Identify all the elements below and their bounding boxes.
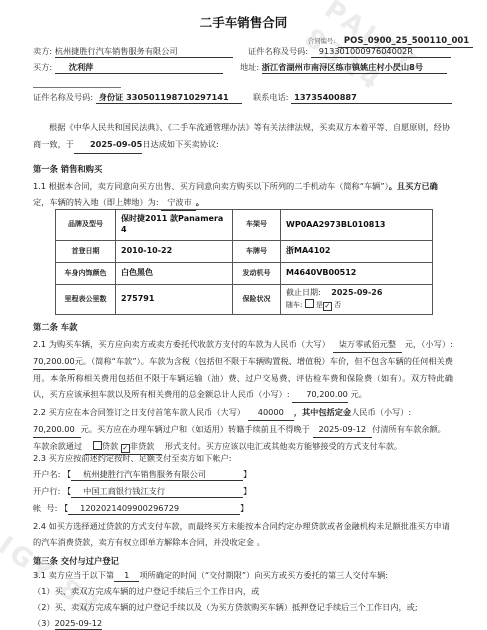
brand-model-label: 品牌及型号 [56, 210, 116, 241]
delivery-date: 2025-09-12 [55, 618, 103, 630]
engine-no-value: M4640VB00512 [281, 263, 433, 285]
first-registration-label: 首登日期 [56, 241, 116, 263]
bank-name: 中国工商银行钱江支行 [71, 486, 243, 498]
phone-label: 联系电话: [253, 92, 289, 102]
account-name: 杭州捷胜行汽车销售服务有限公司 [71, 469, 243, 481]
plate-value: 浙MA4102 [281, 241, 433, 263]
contract-number-label: 合同编号: [308, 38, 335, 45]
buyer-address-label: 地址: [240, 62, 259, 72]
insurance-deadline-label: 截止日期: [286, 288, 321, 297]
brand-model-value: 保时捷2011 款Panamera 4 [116, 210, 233, 241]
price-in-words: 柒万零贰佰元整 [333, 336, 402, 353]
article3-heading: 第三条 交付与过户登记 [33, 556, 453, 567]
delivery-option-2: （2）买、卖双方完成车辆的过户登记手续以及（为买方贷款购买车辆）抵押登记手续后三… [33, 602, 418, 613]
deposit-amount: 70,200.00 [33, 421, 81, 438]
clause-3-1: 3.1 卖方应当于以下第1项所确定的时间（“交付期限”）向买方或买方委托的第三人… [33, 570, 388, 582]
buyer-id-row: 证件名称及号码: 身份证 330501198710297141 [33, 92, 242, 104]
plate-label: 车牌号 [233, 241, 281, 263]
delivery-option-3: （3）2025-09-12 [33, 618, 102, 630]
article1-heading: 第一条 销售和购买 [33, 164, 453, 175]
bank-row: 开户行: 【中国工商银行钱江支行】 [33, 486, 251, 498]
buyer-id-label: 证件名称及号码: [33, 92, 93, 102]
non-loan-checkbox[interactable]: ✓ [121, 444, 130, 453]
vin-value: WP0AA2973BL010813 [281, 210, 433, 241]
seller-id: 91330100097604002R [311, 46, 451, 58]
seller-row: 卖方: 杭州捷胜行汽车销售服务有限公司 [33, 46, 233, 58]
clause-2-2: 2.2 买方应在本合同签订之日支付首笔车款人民币（大写） 40000，其中包括定… [33, 404, 453, 455]
table-row: 首登日期 2010-10-22 车牌号 浙MA4102 [56, 241, 433, 263]
account-no-row: 帐 号: 【1202021409900296729】 [33, 503, 248, 515]
price-in-figures: 70,200.00 [33, 353, 75, 370]
table-row: 车身内饰颜色 白色黑色 发动机号 M4640VB00512 [56, 263, 433, 285]
table-row: 里程表公里数 275791 保险状况 截止日期: 2025-09-26 随车: … [56, 285, 433, 315]
insurance-label: 保险状况 [233, 285, 281, 315]
insurance-value: 截止日期: 2025-09-26 随车: 是✓ 否 [281, 285, 433, 315]
delivery-option-1: （1）买、卖双方完成车辆的过户登记手续后三个工作日内，或 [33, 586, 259, 597]
mileage-value: 275791 [116, 285, 233, 315]
color-value: 白色黑色 [116, 263, 233, 285]
account-name-row: 开户名: 【杭州捷胜行汽车销售服务有限公司】 [33, 469, 251, 481]
buyer-address: 浙江省湖州市南浔区练市镇姚庄村小昃山8号 [262, 62, 447, 74]
buyer-id: 身份证 330501198710297141 [96, 92, 242, 104]
clause-2-3: 2.3 买方应按前述约定按时、足额支付至卖方如下帐户: [33, 453, 232, 464]
seller-name: 杭州捷胜行汽车销售服务有限公司 [55, 46, 233, 58]
vin-label: 车架号 [233, 210, 281, 241]
buyer-address-row: 地址: 浙江省湖州市南浔区练市镇姚庄村小昃山8号 [240, 62, 447, 74]
loan-checkbox[interactable] [93, 441, 102, 450]
first-registration-value: 2010-10-22 [116, 241, 233, 263]
color-label: 车身内饰颜色 [56, 263, 116, 285]
table-row: 品牌及型号 保时捷2011 款Panamera 4 车架号 WP0AA2973B… [56, 210, 433, 241]
insurance-deadline: 2025-09-26 [331, 288, 382, 297]
page-title: 二手车销售合同 [0, 15, 487, 32]
clause-2-1: 2.1 为购买车辆，买方应向卖方或卖方委托代收款方支付的车款为人民币（大写） 柒… [33, 336, 453, 403]
buyer-label: 买方: [33, 62, 52, 72]
buyer-name: 沈利萍 [55, 62, 223, 74]
seller-id-row: 证件名称及号码: 91330100097604002R [248, 46, 451, 58]
mileage-label: 里程表公里数 [56, 285, 116, 315]
balance-deadline: 2025-09-12 [313, 421, 373, 438]
insurance-no-checkbox[interactable]: ✓ [323, 302, 332, 311]
article2-heading: 第二条 车款 [33, 322, 453, 333]
clause-2-4: 2.4 如买方选择通过贷款的方式支付车款，而最终买方未能按本合同约定办理贷款或者… [33, 518, 453, 550]
engine-no-label: 发动机号 [233, 263, 281, 285]
buyer-row: 买方: 沈利萍 [33, 62, 223, 74]
account-number: 1202021409900296729 [68, 503, 240, 515]
seller-id-label: 证件名称及号码: [248, 46, 308, 56]
preamble: 根据《中华人民共和国民法典》、《二手车流通管理办法》等有关法律法规，买卖双方本着… [33, 119, 453, 154]
divider [33, 87, 121, 88]
phone-row: 联系电话: 13735400887 [253, 92, 452, 104]
first-payment: 40000 [248, 404, 294, 421]
vehicle-info-table: 品牌及型号 保时捷2011 款Panamera 4 车架号 WP0AA2973B… [55, 209, 433, 315]
contract-page: PAIGY 8314 IGY 83 二手车销售合同 合同编号: POS_0900… [0, 0, 487, 630]
insurance-yes-checkbox[interactable] [305, 299, 314, 308]
delivery-option-number: 1 [114, 570, 139, 582]
seller-label: 卖方: [33, 46, 52, 56]
total-amount: 70,200.00 [292, 386, 348, 403]
clause-1-1: 1.1 根据本合同，卖方同意向买方出售、买方同意向卖方购买以下所列的二手机动车（… [33, 178, 453, 211]
agreement-date: 2025-09-05 [74, 136, 142, 154]
phone: 13735400887 [291, 92, 452, 104]
